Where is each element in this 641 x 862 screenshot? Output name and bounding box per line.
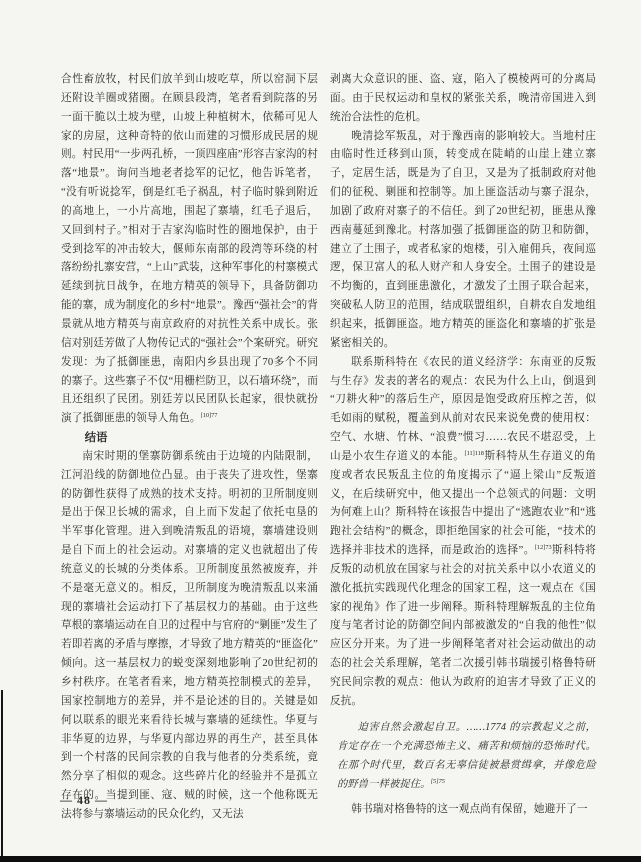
quote-text: 迫害自然会激起自卫。……1774 的宗教起义之前，肯定存在一个充满恐怖主义、痛苦… [337, 722, 596, 791]
citation-ref: [10]77 [201, 412, 218, 419]
section-heading-conclusion: 结语 [61, 429, 318, 448]
paragraph-text: 斯科特将反叛的动机放在国家与社会的对抗关系中以小农道义的激化抵抗实践现代化理念的… [330, 545, 596, 707]
paragraph: 晚清捻军叛乱，对于豫西南的影响较大。当地村庄由临时性迁移到山顶，转变成在陡峭的山… [330, 128, 596, 354]
paragraph: 南宋时期的堡寨防御系统由于边境的内陆限制，江河沿线的防御地位凸显。由于丧失了进攻… [61, 448, 318, 825]
paragraph-text: 斯科特从生存道义的角度或者农民叛乱主位的角度揭示了“逼上梁山”反叛道义，在后续研… [330, 451, 596, 556]
paragraph-continued: 剥离大众意识的匪、盗、寇，陷入了模棱两可的分离局面。由于民权运动和皇权的紧张关系… [330, 71, 596, 128]
scan-edge-artifact-bottom [0, 856, 641, 862]
scan-edge-artifact-left [1, 690, 3, 856]
right-column: 剥离大众意识的匪、盗、寇，陷入了模棱两可的分离局面。由于民权运动和皇权的紧张关系… [330, 71, 596, 819]
citation-ref: [11]118 [464, 450, 483, 457]
paragraph-text: 联系斯科特在《农民的道义经济学：东南亚的反叛与生存》发表的著名的观点：农民为什么… [330, 357, 596, 462]
paragraph-text: 合性畜放牧，村民们放羊到山坡吃草，所以窑洞下层还附设羊圈或猪圈。在顾县段湾，笔者… [61, 74, 318, 424]
paragraph-continued: 合性畜放牧，村民们放羊到山坡吃草，所以窑洞下层还附设羊圈或猪圈。在顾县段湾，笔者… [61, 71, 318, 429]
page-number: — 48 — [60, 793, 108, 808]
left-column: 合性畜放牧，村民们放羊到山坡吃草，所以窑洞下层还附设羊圈或猪圈。在顾县段湾，笔者… [61, 71, 318, 825]
paragraph: 韩书瑞对格鲁特的这一观点尚有保留，她避开了一 [330, 801, 596, 820]
citation-ref: [12]73 [535, 544, 552, 551]
citation-ref: [5]75 [431, 778, 445, 785]
book-page: 合性畜放牧，村民们放羊到山坡吃草，所以窑洞下层还附设羊圈或猪圈。在顾县段湾，笔者… [0, 0, 641, 862]
block-quote: 迫害自然会激起自卫。……1774 的宗教起义之前，肯定存在一个充满恐怖主义、痛苦… [337, 718, 596, 795]
paragraph: 联系斯科特在《农民的道义经济学：东南亚的反叛与生存》发表的著名的观点：农民为什么… [330, 354, 596, 712]
